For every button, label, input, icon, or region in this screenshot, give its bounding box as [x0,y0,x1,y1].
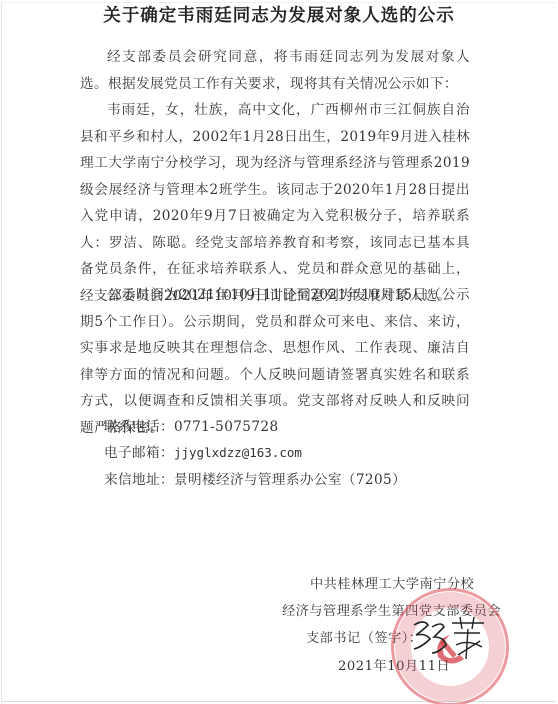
email-value: jjyglxdzz@163.com [174,445,302,460]
handwritten-signature [410,615,490,660]
paragraph-candidate-info: 韦雨廷，女，壮族，高中文化，广西柳州市三江侗族自治县和平乡和村人，2002年1月… [80,97,470,309]
contact-email: 电子邮箱：jjyglxdzz@163.com [104,440,302,467]
document-title: 关于确定韦雨廷同志为发展对象人选的公示 [0,2,558,27]
email-label: 电子邮箱： [104,445,174,461]
phone-label: 联系电话： [104,419,174,435]
phone-value: 0771-5075728 [174,419,279,435]
contact-address: 来信地址：景明楼经济与管理系办公室（7205） [104,467,406,494]
address-value: 景明楼经济与管理系办公室（7205） [174,472,406,488]
address-label: 来信地址： [104,472,174,488]
contact-phone: 联系电话：0771-5075728 [104,414,279,441]
paragraph-intro: 经支部委员会研究同意，将韦雨廷同志列为发展对象人选。根据发展党员工作有关要求，现… [80,44,470,97]
